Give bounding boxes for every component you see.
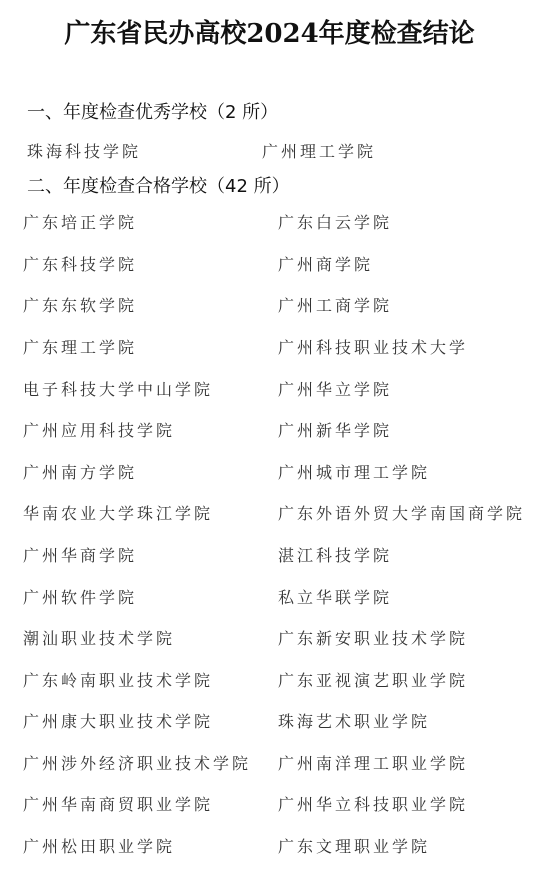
school-name: 广州南洋理工职业学院 [278, 749, 468, 779]
school-name: 广州华南商贸职业学院 [23, 790, 213, 820]
school-name: 广东东软学院 [23, 291, 137, 321]
school-name: 广州软件学院 [23, 583, 137, 613]
school-name: 广州城市理工学院 [278, 458, 430, 488]
list-row: 广东理工学院 广州科技职业技术大学 [0, 333, 535, 363]
school-name: 广东科技学院 [23, 250, 137, 280]
list-row: 广州涉外经济职业技术学院 广州南洋理工职业学院 [0, 749, 535, 779]
school-name: 广东文理职业学院 [278, 832, 430, 862]
school-name: 广州商学院 [278, 250, 373, 280]
school-name: 广东岭南职业技术学院 [23, 666, 213, 696]
school-name: 广州应用科技学院 [23, 416, 175, 446]
school-name: 珠海艺术职业学院 [278, 707, 430, 737]
list-row: 广州康大职业技术学院 珠海艺术职业学院 [0, 707, 535, 737]
list-row: 广州南方学院 广州城市理工学院 [0, 458, 535, 488]
list-row: 广州华南商贸职业学院 广州华立科技职业学院 [0, 790, 535, 820]
school-name: 广州理工学院 [262, 137, 376, 167]
section-heading-excellent: 一、年度检查优秀学校（2 所） [27, 100, 278, 126]
school-name: 广州涉外经济职业技术学院 [23, 749, 251, 779]
list-row: 广东岭南职业技术学院 广东亚视演艺职业学院 [0, 666, 535, 696]
school-name: 广州华商学院 [23, 541, 137, 571]
school-name: 湛江科技学院 [278, 541, 392, 571]
list-row: 华南农业大学珠江学院 广东外语外贸大学南国商学院 [0, 499, 535, 529]
school-name: 珠海科技学院 [27, 137, 141, 167]
list-row: 电子科技大学中山学院 广州华立学院 [0, 375, 535, 405]
school-name: 广州工商学院 [278, 291, 392, 321]
list-row: 广东科技学院 广州商学院 [0, 250, 535, 280]
school-name: 潮汕职业技术学院 [23, 624, 175, 654]
school-name: 电子科技大学中山学院 [23, 375, 213, 405]
school-name: 广州南方学院 [23, 458, 137, 488]
list-row: 潮汕职业技术学院 广东新安职业技术学院 [0, 624, 535, 654]
list-row: 广州软件学院 私立华联学院 [0, 583, 535, 613]
list-row: 珠海科技学院 广州理工学院 [0, 137, 535, 167]
school-name: 广东亚视演艺职业学院 [278, 666, 468, 696]
school-name: 广州松田职业学院 [23, 832, 175, 862]
school-name: 广东培正学院 [23, 208, 137, 238]
school-name: 广州科技职业技术大学 [278, 333, 468, 363]
school-name: 广东新安职业技术学院 [278, 624, 468, 654]
school-name: 广州新华学院 [278, 416, 392, 446]
school-name: 华南农业大学珠江学院 [23, 499, 213, 529]
list-row: 广州应用科技学院 广州新华学院 [0, 416, 535, 446]
school-name: 广州康大职业技术学院 [23, 707, 213, 737]
school-name: 广东理工学院 [23, 333, 137, 363]
school-name: 广东白云学院 [278, 208, 392, 238]
list-row: 广东培正学院 广东白云学院 [0, 208, 535, 238]
list-row: 广州华商学院 湛江科技学院 [0, 541, 535, 571]
school-name: 私立华联学院 [278, 583, 392, 613]
section-heading-qualified: 二、年度检查合格学校（42 所） [27, 174, 290, 200]
school-name: 广州华立学院 [278, 375, 392, 405]
school-name: 广州华立科技职业学院 [278, 790, 468, 820]
document-title: 广东省民办高校2024年度检查结论 [0, 14, 535, 54]
list-row: 广东东软学院 广州工商学院 [0, 291, 535, 321]
list-row: 广州松田职业学院 广东文理职业学院 [0, 832, 535, 862]
school-name: 广东外语外贸大学南国商学院 [278, 499, 525, 529]
